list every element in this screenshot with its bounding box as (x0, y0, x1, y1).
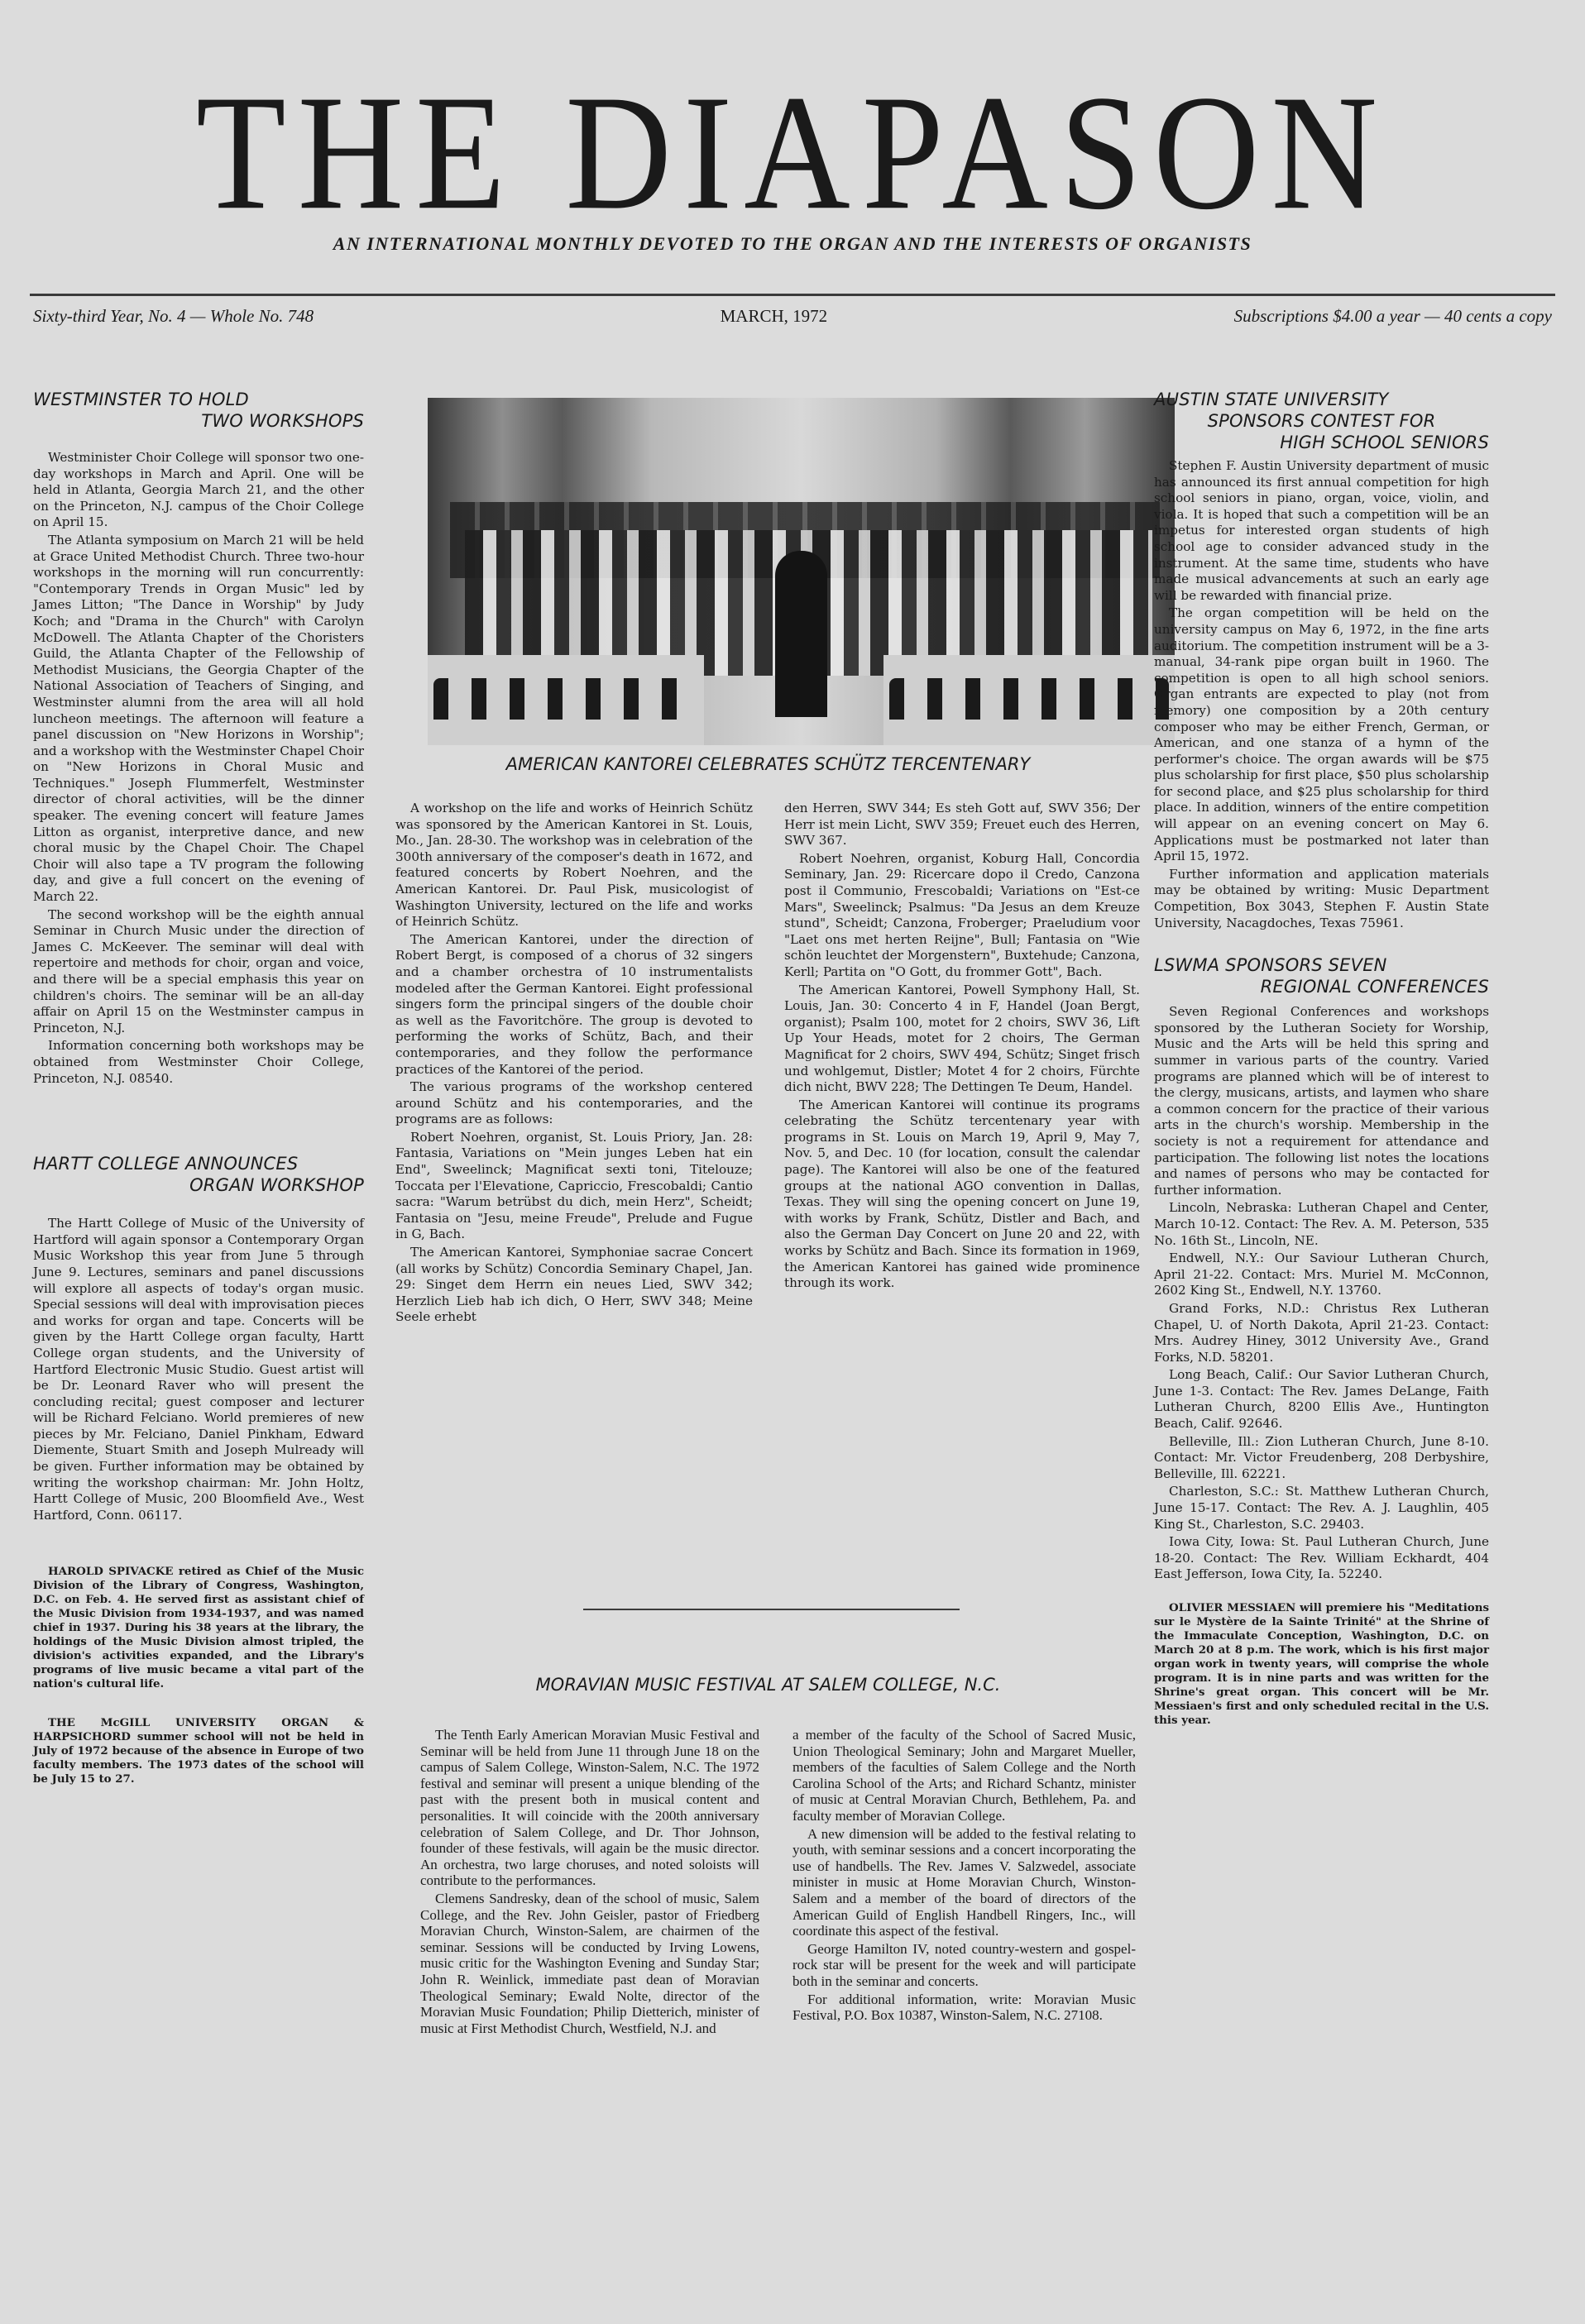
moravian-column-2: a member of the faculty of the School of… (792, 1727, 1136, 2024)
article-hartt: HARTT COLLEGE ANNOUNCES ORGAN WORKSHOP T… (33, 1153, 364, 1523)
paragraph: Stephen F. Austin University department … (1154, 458, 1489, 604)
section-divider (583, 1609, 960, 1610)
headline-hartt: HARTT COLLEGE ANNOUNCES ORGAN WORKSHOP (33, 1153, 364, 1196)
news-brief-messiaen: OLIVIER MESSIAEN will premiere his "Medi… (1154, 1601, 1489, 1728)
conference-listing: Long Beach, Calif.: Our Savior Lutheran … (1154, 1367, 1489, 1432)
paragraph: The American Kantorei, under the directi… (395, 932, 753, 1078)
subscription-price: Subscriptions $4.00 a year — 40 cents a … (1234, 306, 1552, 327)
paragraph: Robert Noehren, organist, St. Louis Prio… (395, 1130, 753, 1243)
kantorei-photo (428, 398, 1175, 745)
paragraph: For additional information, write: Morav… (792, 1992, 1136, 2024)
paragraph: The organ competition will be held on th… (1154, 605, 1489, 865)
paragraph: The various programs of the workshop cen… (395, 1079, 753, 1128)
paragraph: The second workshop will be the eighth a… (33, 907, 364, 1037)
volume-number: Sixty-third Year, No. 4 — Whole No. 748 (33, 306, 314, 327)
conductor-figure (775, 551, 827, 718)
paragraph: Westminister Choir College will sponsor … (33, 450, 364, 531)
paragraph: Robert Noehren, organist, Koburg Hall, C… (784, 851, 1140, 981)
kantorei-column-2: den Herren, SWV 344; Es steh Gott auf, S… (784, 801, 1140, 1292)
conference-listing: Iowa City, Iowa: St. Paul Lutheran Churc… (1154, 1534, 1489, 1583)
paragraph: George Hamilton IV, noted country-wester… (792, 1941, 1136, 1990)
column-right: AUSTIN STATE UNIVERSITY SPONSORS CONTEST… (1154, 389, 1489, 1728)
kantorei-column-1: A workshop on the life and works of Hein… (395, 801, 753, 1326)
conference-listing: Charleston, S.C.: St. Matthew Lutheran C… (1154, 1484, 1489, 1533)
masthead-rule (30, 294, 1555, 296)
paragraph: The Hartt College of Music of the Univer… (33, 1216, 364, 1523)
headline-austin: AUSTIN STATE UNIVERSITY SPONSORS CONTEST… (1154, 389, 1489, 453)
headline-lswma: LSWMA SPONSORS SEVEN REGIONAL CONFERENCE… (1154, 954, 1489, 997)
paragraph: The Atlanta symposium on March 21 will b… (33, 533, 364, 906)
paragraph: The American Kantorei will continue its … (784, 1097, 1140, 1292)
moravian-column-1: The Tenth Early American Moravian Music … (420, 1727, 759, 2036)
news-brief-spivacke: HAROLD SPIVACKE retired as Chief of the … (33, 1565, 364, 1691)
headline-moravian: MORAVIAN MUSIC FESTIVAL AT SALEM COLLEGE… (395, 1675, 1142, 1695)
paragraph: Seven Regional Conferences and workshops… (1154, 1004, 1489, 1198)
issue-info-bar: Sixty-third Year, No. 4 — Whole No. 748 … (33, 306, 1552, 327)
photo-caption: AMERICAN KANTOREI CELEBRATES SCHÜTZ TERC… (395, 754, 1142, 774)
news-brief-mcgill: THE McGILL UNIVERSITY ORGAN & HARPSICHOR… (33, 1716, 364, 1786)
conference-listing: Endwell, N.Y.: Our Saviour Lutheran Chur… (1154, 1250, 1489, 1299)
article-westminster: WESTMINSTER TO HOLD TWO WORKSHOPS Westmi… (33, 389, 364, 1087)
column-left: WESTMINSTER TO HOLD TWO WORKSHOPS Westmi… (33, 389, 364, 1786)
paragraph: A new dimension will be added to the fes… (792, 1826, 1136, 1939)
conference-listing: Belleville, Ill.: Zion Lutheran Church, … (1154, 1434, 1489, 1483)
paragraph: Information concerning both workshops ma… (33, 1038, 364, 1087)
article-austin: AUSTIN STATE UNIVERSITY SPONSORS CONTEST… (1154, 389, 1489, 931)
paragraph: den Herren, SWV 344; Es steh Gott auf, S… (784, 801, 1140, 849)
paragraph: The American Kantorei, Powell Symphony H… (784, 983, 1140, 1096)
issue-date: MARCH, 1972 (721, 306, 828, 327)
headline-westminster: WESTMINSTER TO HOLD TWO WORKSHOPS (33, 389, 364, 432)
publication-title: THE DIAPASON (0, 69, 1585, 234)
paragraph: The American Kantorei, Symphoniae sacrae… (395, 1245, 753, 1326)
paragraph: A workshop on the life and works of Hein… (395, 801, 753, 930)
paragraph: a member of the faculty of the School of… (792, 1727, 1136, 1824)
masthead: THE DIAPASON AN INTERNATIONAL MONTHLY DE… (0, 0, 1585, 273)
conference-listing: Lincoln, Nebraska: Lutheran Chapel and C… (1154, 1200, 1489, 1249)
paragraph: Clemens Sandresky, dean of the school of… (420, 1891, 759, 2036)
article-lswma: LSWMA SPONSORS SEVEN REGIONAL CONFERENCE… (1154, 954, 1489, 1583)
conference-listing: Grand Forks, N.D.: Christus Rex Lutheran… (1154, 1301, 1489, 1365)
paragraph: The Tenth Early American Moravian Music … (420, 1727, 759, 1889)
publication-tagline: AN INTERNATIONAL MONTHLY DEVOTED TO THE … (0, 233, 1585, 255)
paragraph: Further information and application mate… (1154, 867, 1489, 931)
